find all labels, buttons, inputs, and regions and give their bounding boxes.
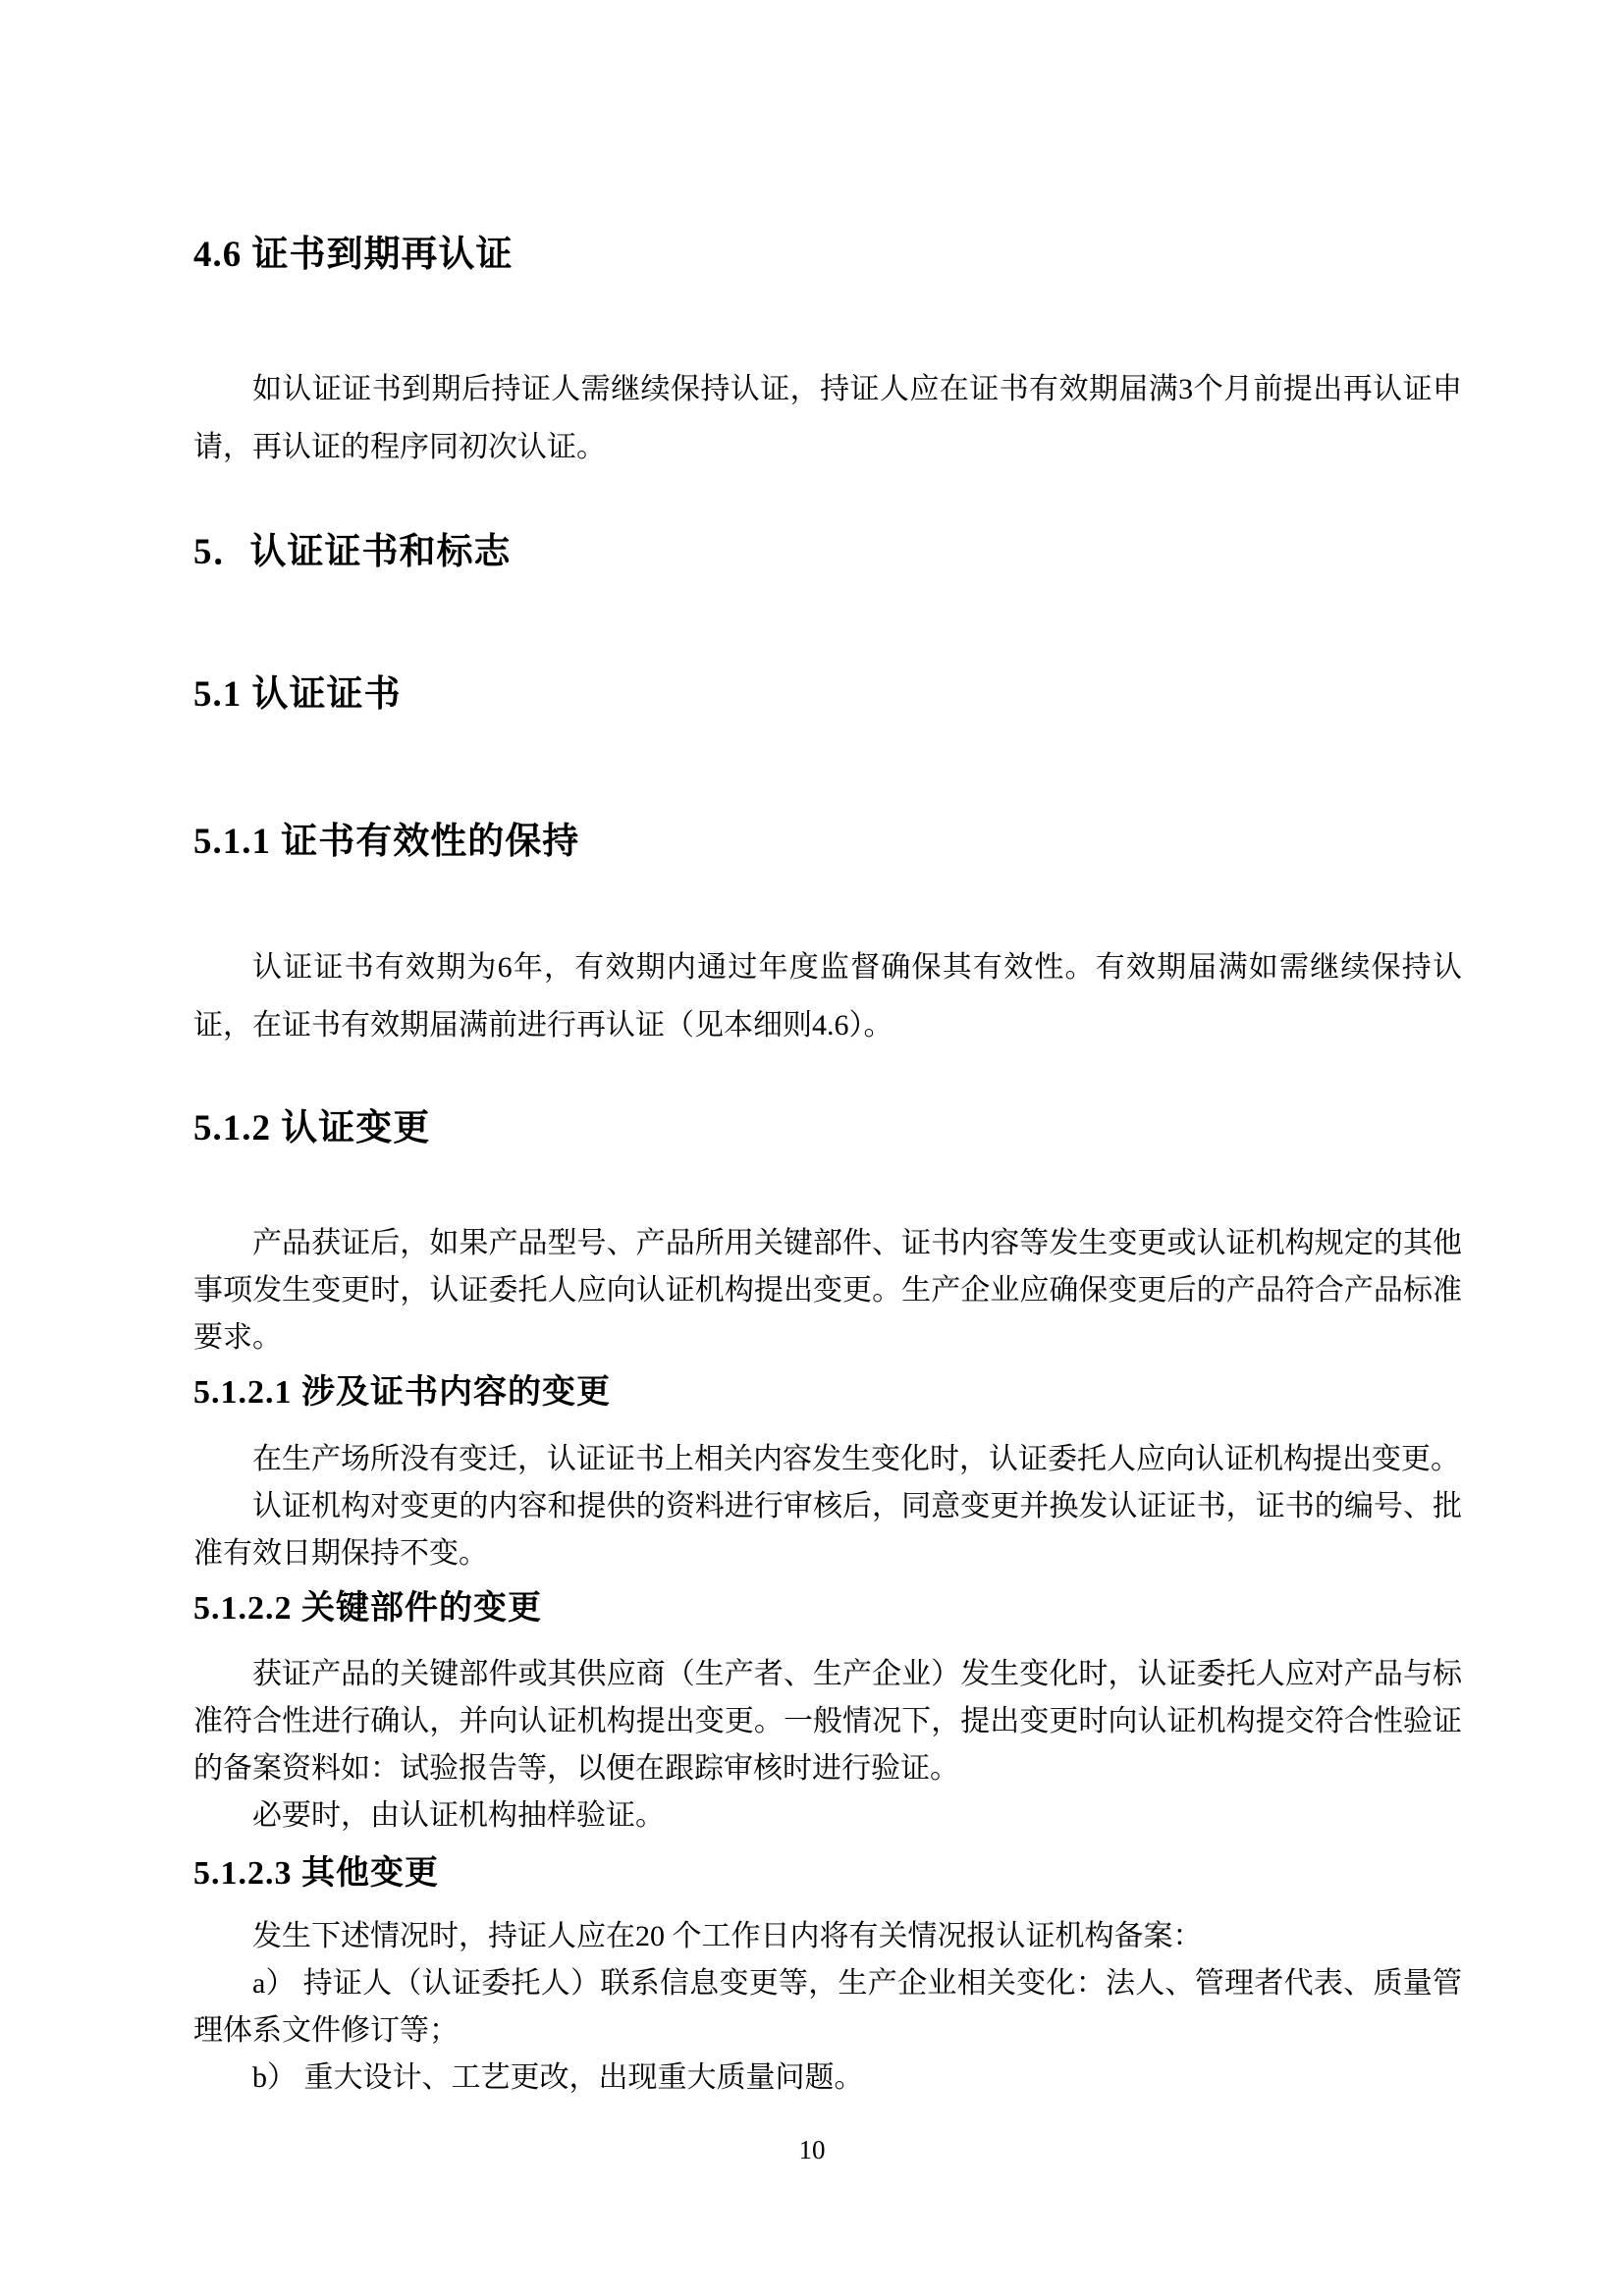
page-number: 10 [0,2134,1624,2165]
section-heading-5-1-2-3: 5.1.2.3 其他变更 [193,1853,1462,1896]
paragraph-5-1-2-2-b: 必要时，由认证机构抽样验证。 [193,1792,1462,1840]
paragraph-5-1-2-2-a: 获证产品的关键部件或其供应商（生产者、生产企业）发生变化时，认证委托人应对产品与… [193,1651,1462,1792]
section-heading-4-6: 4.6 证书到期再认证 [193,234,1462,277]
paragraph-5-1-2: 产品获证后，如果产品型号、产品所用关键部件、证书内容等发生变更或认证机构规定的其… [193,1220,1462,1362]
paragraph-5-1-2-1-a: 在生产场所没有变迁，认证证书上相关内容发生变化时，认证委托人应向认证机构提出变更… [193,1436,1462,1483]
list-item-b: b） 重大设计、工艺更改，出现重大质量问题。 [193,2055,1462,2102]
section-heading-5-1: 5.1 认证证书 [193,673,1462,717]
list-item-a: a） 持证人（认证委托人）联系信息变更等，生产企业相关变化：法人、管理者代表、质… [193,1960,1462,2055]
section-heading-5-1-2-2: 5.1.2.2 关键部件的变更 [193,1588,1462,1630]
paragraph-4-6: 如认证证书到期后持证人需继续保持认证，持证人应在证书有效期届满3个月前提出再认证… [193,360,1462,476]
section-heading-5-1-1: 5.1.1 证书有效性的保持 [193,821,1462,864]
paragraph-5-1-2-1-b: 认证机构对变更的内容和提供的资料进行审核后，同意变更并换发认证证书，证书的编号、… [193,1483,1462,1577]
document-content: 4.6 证书到期再认证 如认证证书到期后持证人需继续保持认证，持证人应在证书有效… [0,234,1624,2102]
section-heading-5: 5．认证证书和标志 [193,531,1462,574]
paragraph-5-1-2-3-intro: 发生下述情况时，持证人应在20 个工作日内将有关情况报认证机构备案： [193,1913,1462,1960]
document-page: 4.6 证书到期再认证 如认证证书到期后持证人需继续保持认证，持证人应在证书有效… [0,0,1624,2296]
section-heading-5-1-2-1: 5.1.2.1 涉及证书内容的变更 [193,1372,1462,1415]
section-heading-5-1-2: 5.1.2 认证变更 [193,1107,1462,1150]
paragraph-5-1-1: 认证证书有效期为6年，有效期内通过年度监督确保其有效性。有效期届满如需继续保持认… [193,938,1462,1054]
